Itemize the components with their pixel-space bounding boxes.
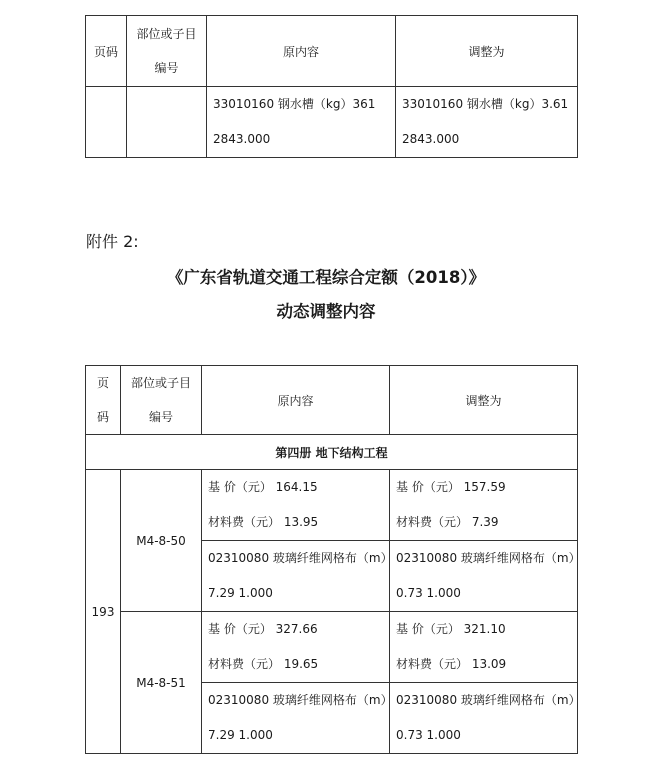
adjusted-material-fee: 材料费（元） 7.39 bbox=[396, 505, 577, 540]
adjusted-base-price: 基 价（元） 321.10 bbox=[396, 612, 577, 647]
header-item-line1: 部位或子目 bbox=[127, 17, 206, 51]
cell-original: 33010160 钢水槽（kg）361 2843.000 bbox=[207, 87, 396, 158]
table-header-row: 页 码 部位或子目 编号 原内容 调整为 bbox=[86, 366, 578, 435]
adjusted-material-name: 02310080 玻璃纤维网格布（m） bbox=[396, 683, 577, 718]
original-material-name: 02310080 玻璃纤维网格布（m） bbox=[208, 683, 389, 718]
document-subtitle: 动态调整内容 bbox=[0, 298, 652, 322]
cell-item-code bbox=[127, 87, 207, 158]
table-row: 33010160 钢水槽（kg）361 2843.000 33010160 钢水… bbox=[86, 87, 578, 158]
header-original: 原内容 bbox=[202, 366, 390, 435]
original-material-fee: 材料费（元） 19.65 bbox=[208, 647, 389, 682]
cell-original-prices: 基 价（元） 327.66 材料费（元） 19.65 bbox=[202, 612, 390, 683]
original-line-2: 2843.000 bbox=[213, 122, 395, 157]
header-page: 页码 bbox=[86, 16, 127, 87]
cell-original-material: 02310080 玻璃纤维网格布（m） 7.29 1.000 bbox=[202, 683, 390, 754]
header-item-code: 部位或子目 编号 bbox=[121, 366, 202, 435]
header-adjusted: 调整为 bbox=[396, 16, 578, 87]
header-page-line1: 页 bbox=[86, 366, 120, 400]
original-base-price: 基 价（元） 327.66 bbox=[208, 612, 389, 647]
original-base-price: 基 价（元） 164.15 bbox=[208, 470, 389, 505]
cell-page bbox=[86, 87, 127, 158]
adjustment-table-2: 页 码 部位或子目 编号 原内容 调整为 第四册 地下结构工程 193 M4-8… bbox=[85, 365, 578, 754]
cell-original-prices: 基 价（元） 164.15 材料费（元） 13.95 bbox=[202, 470, 390, 541]
header-item-line2: 编号 bbox=[121, 400, 201, 434]
cell-item-code: M4-8-50 bbox=[121, 470, 202, 612]
adjusted-material-name: 02310080 玻璃纤维网格布（m） bbox=[396, 541, 577, 576]
adjusted-base-price: 基 价（元） 157.59 bbox=[396, 470, 577, 505]
cell-original-material: 02310080 玻璃纤维网格布（m） 7.29 1.000 bbox=[202, 541, 390, 612]
cell-adjusted: 33010160 钢水槽（kg）3.61 2843.000 bbox=[396, 87, 578, 158]
table-header-row: 页码 部位或子目 编号 原内容 调整为 bbox=[86, 16, 578, 87]
section-title: 第四册 地下结构工程 bbox=[86, 435, 578, 470]
table-row: 193 M4-8-50 基 价（元） 164.15 材料费（元） 13.95 基… bbox=[86, 470, 578, 541]
cell-adjusted-prices: 基 价（元） 157.59 材料费（元） 7.39 bbox=[390, 470, 578, 541]
adjusted-line-1: 33010160 钢水槽（kg）3.61 bbox=[402, 87, 577, 122]
section-row: 第四册 地下结构工程 bbox=[86, 435, 578, 470]
original-material-values: 7.29 1.000 bbox=[208, 718, 389, 753]
document-title: 《广东省轨道交通工程综合定额（2018）》 bbox=[0, 264, 652, 288]
original-material-fee: 材料费（元） 13.95 bbox=[208, 505, 389, 540]
cell-adjusted-material: 02310080 玻璃纤维网格布（m） 0.73 1.000 bbox=[390, 683, 578, 754]
adjusted-material-values: 0.73 1.000 bbox=[396, 718, 577, 753]
cell-page-number: 193 bbox=[86, 470, 121, 754]
header-item-code: 部位或子目 编号 bbox=[127, 16, 207, 87]
adjusted-material-fee: 材料费（元） 13.09 bbox=[396, 647, 577, 682]
original-line-1: 33010160 钢水槽（kg）361 bbox=[213, 87, 395, 122]
original-material-name: 02310080 玻璃纤维网格布（m） bbox=[208, 541, 389, 576]
adjusted-material-values: 0.73 1.000 bbox=[396, 576, 577, 611]
header-adjusted: 调整为 bbox=[390, 366, 578, 435]
header-item-line2: 编号 bbox=[127, 51, 206, 85]
adjustment-table-1: 页码 部位或子目 编号 原内容 调整为 33010160 钢水槽（kg）361 … bbox=[85, 15, 578, 158]
header-page-line2: 码 bbox=[86, 400, 120, 434]
header-original: 原内容 bbox=[207, 16, 396, 87]
header-page: 页 码 bbox=[86, 366, 121, 435]
cell-item-code: M4-8-51 bbox=[121, 612, 202, 754]
cell-adjusted-material: 02310080 玻璃纤维网格布（m） 0.73 1.000 bbox=[390, 541, 578, 612]
header-item-line1: 部位或子目 bbox=[121, 366, 201, 400]
annex-label: 附件 2: bbox=[86, 229, 139, 252]
cell-adjusted-prices: 基 价（元） 321.10 材料费（元） 13.09 bbox=[390, 612, 578, 683]
adjusted-line-2: 2843.000 bbox=[402, 122, 577, 157]
table-row: M4-8-51 基 价（元） 327.66 材料费（元） 19.65 基 价（元… bbox=[86, 612, 578, 683]
original-material-values: 7.29 1.000 bbox=[208, 576, 389, 611]
